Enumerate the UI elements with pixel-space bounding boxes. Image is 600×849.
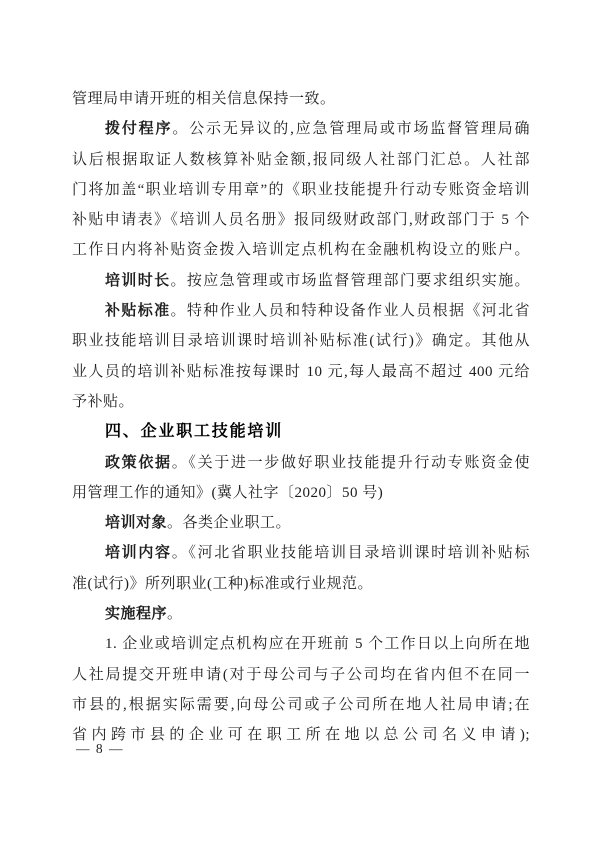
section-heading: 四、企业职工技能培训: [72, 417, 530, 447]
text-line: 用管理工作的通知》(冀人社字〔2020〕50 号): [72, 478, 530, 508]
paragraph-lead-label: 政策依据: [105, 455, 172, 471]
text-line: 省内跨市县的企业可在职工所在地以总公司名义申请);: [72, 720, 530, 750]
text-line: 实施程序。: [72, 599, 530, 629]
text-line: 管理局申请开班的相关信息保持一致。: [72, 84, 530, 114]
paragraph-lead-label: 培训对象: [105, 515, 167, 531]
text-line: 工作日内将补贴资金拨入培训定点机构在金融机构设立的账户。: [72, 235, 530, 265]
document-page: 管理局申请开班的相关信息保持一致。拨付程序。公示无异议的,应急管理局或市场监督管…: [0, 0, 600, 849]
text-line: 业人员的培训补贴标准按每课时 10 元,每人最高不超过 400 元给: [72, 357, 530, 387]
paragraph-lead-label: 补贴标准: [105, 303, 171, 319]
paragraph-lead-label: 实施程序: [105, 606, 167, 622]
text-line: 职业技能培训目录培训课时培训补贴标准(试行)》确定。其他从: [72, 326, 530, 356]
text-line: 培训内容。《河北省职业技能培训目录培训课时培训补贴标: [72, 538, 530, 568]
text-line: 拨付程序。公示无异议的,应急管理局或市场监督管理局确: [72, 114, 530, 144]
text-line: 准(试行)》所列职业(工种)标准或行业规范。: [72, 569, 530, 599]
paragraph-lead-label: 培训时长: [105, 273, 171, 289]
text-line: 培训时长。按应急管理或市场监督管理部门要求组织实施。: [72, 266, 530, 296]
paragraph-lead-label: 拨付程序: [105, 121, 172, 137]
text-line: 门将加盖“职业培训专用章”的《职业技能提升行动专账资金培训: [72, 175, 530, 205]
text-line: 认后根据取证人数核算补贴金额,报同级人社部门汇总。人社部: [72, 145, 530, 175]
paragraph-lead-label: 培训内容: [105, 545, 172, 561]
document-content: 管理局申请开班的相关信息保持一致。拨付程序。公示无异议的,应急管理局或市场监督管…: [72, 84, 530, 751]
text-line: 市县的,根据实际需要,向母公司或子公司所在地人社局申请;在: [72, 690, 530, 720]
page-number: — 8 —: [76, 741, 124, 757]
text-line: 补贴申请表》《培训人员名册》报同级财政部门,财政部门于 5 个: [72, 205, 530, 235]
text-line: 予补贴。: [72, 387, 530, 417]
text-line: 培训对象。各类企业职工。: [72, 508, 530, 538]
text-line: 政策依据。《关于进一步做好职业技能提升行动专账资金使: [72, 448, 530, 478]
text-line: 1. 企业或培训定点机构应在开班前 5 个工作日以上向所在地: [72, 629, 530, 659]
text-line: 人社局提交开班申请(对于母公司与子公司均在省内但不在同一: [72, 660, 530, 690]
text-line: 补贴标准。特种作业人员和特种设备作业人员根据《河北省: [72, 296, 530, 326]
